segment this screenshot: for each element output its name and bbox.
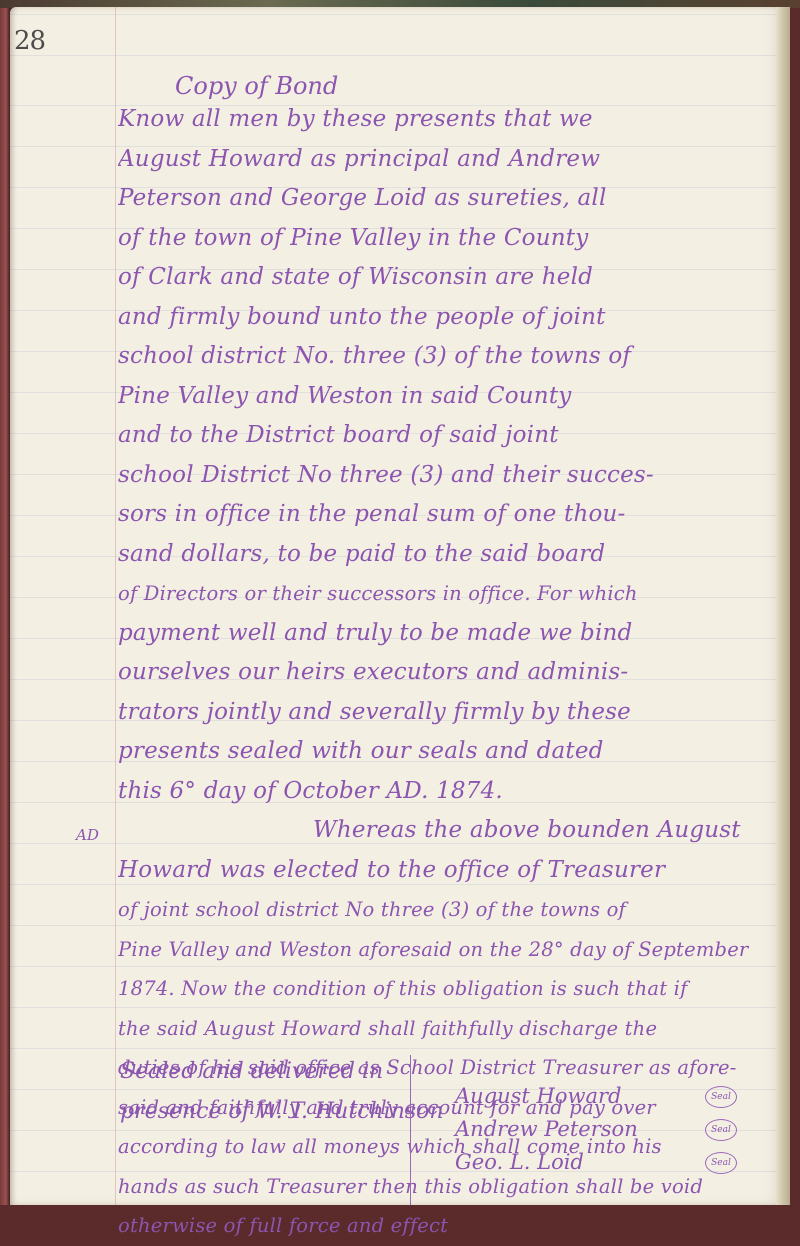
text-line: August Howard as principal and Andrew <box>118 140 778 180</box>
witness-line: presence of W. T. Hutchinson <box>120 1092 444 1132</box>
signature-row: Geo. L. Loid Seal <box>455 1146 755 1179</box>
text-line: Pine Valley and Weston aforesaid on the … <box>118 930 778 970</box>
text-line: of Clark and state of Wisconsin are held <box>118 258 778 298</box>
text-line: trators jointly and severally firmly by … <box>118 693 778 733</box>
text-line: and to the District board of said joint <box>118 416 778 456</box>
witness-block: Sealed and delivered in presence of W. T… <box>120 1052 444 1132</box>
signature-name: Geo. L. Loid <box>455 1150 584 1174</box>
ledger-book: 28 Copy of Bond Know all men by these pr… <box>0 0 800 1205</box>
text-line: ourselves our heirs executors and admini… <box>118 653 778 693</box>
text-line: of the town of Pine Valley in the County <box>118 219 778 259</box>
text-line: of joint school district No three (3) of… <box>118 890 778 930</box>
page-number: 28 <box>14 26 45 56</box>
seal-icon: Seal <box>705 1152 737 1174</box>
text-line: sand dollars, to be paid to the said boa… <box>118 535 778 575</box>
text-line: and firmly bound unto the people of join… <box>118 298 778 338</box>
text-line: presents sealed with our seals and dated <box>118 732 778 772</box>
text-line: the said August Howard shall faithfully … <box>118 1009 778 1049</box>
text-line: this 6° day of October AD. 1874. <box>118 772 778 812</box>
bond-text: Know all men by these presents that we A… <box>118 100 778 1205</box>
text-line: Know all men by these presents that we <box>118 100 778 140</box>
text-line: Pine Valley and Weston in said County <box>118 377 778 417</box>
seal-icon: Seal <box>705 1119 737 1141</box>
text-line: school district No. three (3) of the tow… <box>118 337 778 377</box>
text-line: Peterson and George Loid as sureties, al… <box>118 179 778 219</box>
text-line: Whereas the above bounden August <box>118 811 778 851</box>
brace-divider <box>410 1055 421 1205</box>
document-title: Copy of Bond <box>175 72 338 100</box>
text-line: sors in office in the penal sum of one t… <box>118 495 778 535</box>
page-gutter <box>776 7 790 1205</box>
signature-block: August Howard Seal Andrew Peterson Seal … <box>455 1080 755 1179</box>
signature-row: Andrew Peterson Seal <box>455 1113 755 1146</box>
text-line: 1874. Now the condition of this obligati… <box>118 969 778 1009</box>
text-line: school District No three (3) and their s… <box>118 456 778 496</box>
text-line: payment well and truly to be made we bin… <box>118 614 778 654</box>
witness-line: Sealed and delivered in <box>120 1052 444 1092</box>
signature-name: Andrew Peterson <box>455 1117 638 1141</box>
signature-name: August Howard <box>455 1084 621 1108</box>
margin-note: AD <box>76 826 99 844</box>
seal-icon: Seal <box>705 1086 737 1108</box>
text-line: of Directors or their successors in offi… <box>118 574 778 614</box>
signature-row: August Howard Seal <box>455 1080 755 1113</box>
text-line: Howard was elected to the office of Trea… <box>118 851 778 891</box>
